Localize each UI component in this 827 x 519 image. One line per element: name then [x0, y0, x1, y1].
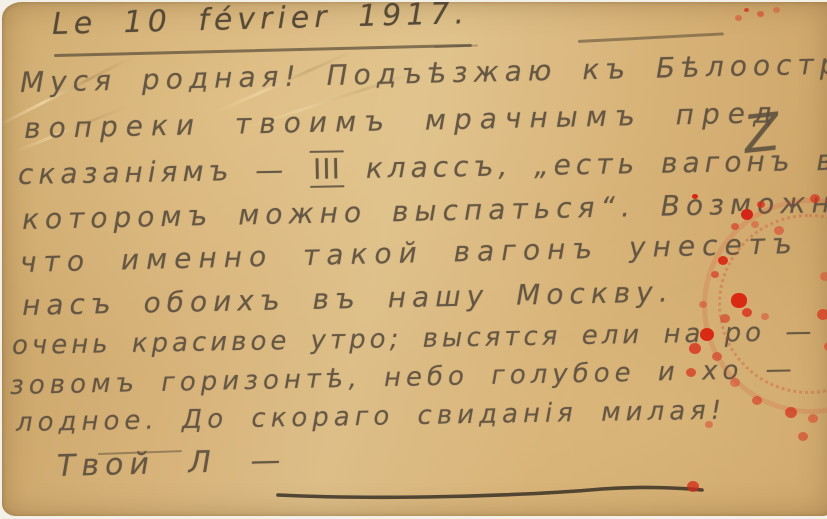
- handwritten-line: вопреки твоимъ мрачнымъ пред: [24, 96, 781, 145]
- handwritten-line: насъ обоихъ въ нашу Москву.: [22, 275, 674, 322]
- scanned-postcard-image: Le 10 février 1917. Муся родная! Подъѣзж…: [0, 0, 827, 519]
- handwritten-line: лодное. До скораго свиданія милая!: [16, 396, 727, 438]
- capital-b-overline-stroke: [578, 32, 724, 43]
- handwritten-line: зовомъ горизонтѣ, небо голубое и хо —: [10, 355, 797, 401]
- line-segment: классъ, „есть вагонъ в: [344, 144, 827, 186]
- handwritten-line: очень красивое утро; высятся ели на ро —: [12, 317, 816, 361]
- handwritten-line: что именно такой вагонъ унесетъ: [20, 227, 800, 279]
- postmark-stray-specks: [744, 8, 749, 12]
- roman-numeral-three: III: [310, 150, 344, 188]
- date-underline-extension: [434, 44, 478, 48]
- line-segment: сказаніямъ —: [18, 153, 311, 191]
- postmark-ink-splatter: [692, 194, 698, 199]
- handwritten-line: сказаніямъ — III классъ, „есть вагонъ в: [18, 144, 827, 191]
- postcard-paper: Le 10 février 1917. Муся родная! Подъѣзж…: [2, 2, 827, 516]
- date-underline: [54, 44, 472, 57]
- signature-line: Твой Л —: [57, 443, 287, 484]
- date-line: Le 10 février 1917.: [52, 2, 470, 42]
